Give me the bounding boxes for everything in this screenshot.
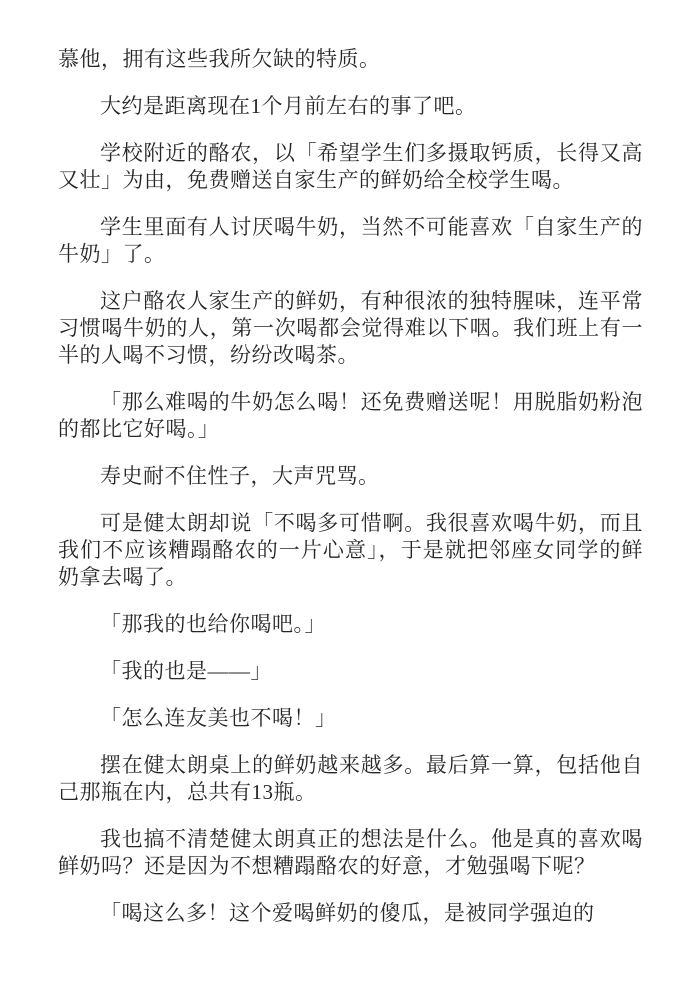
paragraph: 寿史耐不住性子，大声咒骂。 (58, 463, 643, 490)
paragraph: 「怎么连友美也不喝！」 (58, 705, 643, 732)
paragraph: 「那我的也给你喝吧。」 (58, 611, 643, 638)
paragraph: 学校附近的酪农，以「希望学生们多摄取钙质，长得又高又壮」为由，免费赠送自家生产的… (58, 140, 643, 194)
paragraph: 「我的也是——」 (58, 658, 643, 685)
paragraph: 「那么难喝的牛奶怎么喝！还免费赠送呢！用脱脂奶粉泡的都比它好喝。」 (58, 389, 643, 443)
book-page: 慕他，拥有这些我所欠缺的特质。大约是距离现在1个月前左右的事了吧。学校附近的酪农… (0, 0, 700, 992)
paragraph: 摆在健太朗桌上的鲜奶越来越多。最后算一算，包括他自己那瓶在内，总共有13瓶。 (58, 752, 643, 806)
paragraph: 我也搞不清楚健太朗真正的想法是什么。他是真的喜欢喝鲜奶吗？还是因为不想糟蹋酪农的… (58, 826, 643, 880)
paragraph: 慕他，拥有这些我所欠缺的特质。 (58, 46, 643, 73)
text-content: 慕他，拥有这些我所欠缺的特质。大约是距离现在1个月前左右的事了吧。学校附近的酪农… (58, 46, 643, 947)
paragraph: 学生里面有人讨厌喝牛奶，当然不可能喜欢「自家生产的牛奶」了。 (58, 214, 643, 268)
paragraph: 「喝这么多！这个爱喝鲜奶的傻瓜，是被同学强迫的 (58, 900, 643, 927)
paragraph: 可是健太朗却说「不喝多可惜啊。我很喜欢喝牛奶，而且我们不应该糟蹋酪农的一片心意」… (58, 510, 643, 591)
paragraph: 这户酪农人家生产的鲜奶，有种很浓的独特腥味，连平常习惯喝牛奶的人，第一次喝都会觉… (58, 288, 643, 369)
paragraph: 大约是距离现在1个月前左右的事了吧。 (58, 93, 643, 120)
